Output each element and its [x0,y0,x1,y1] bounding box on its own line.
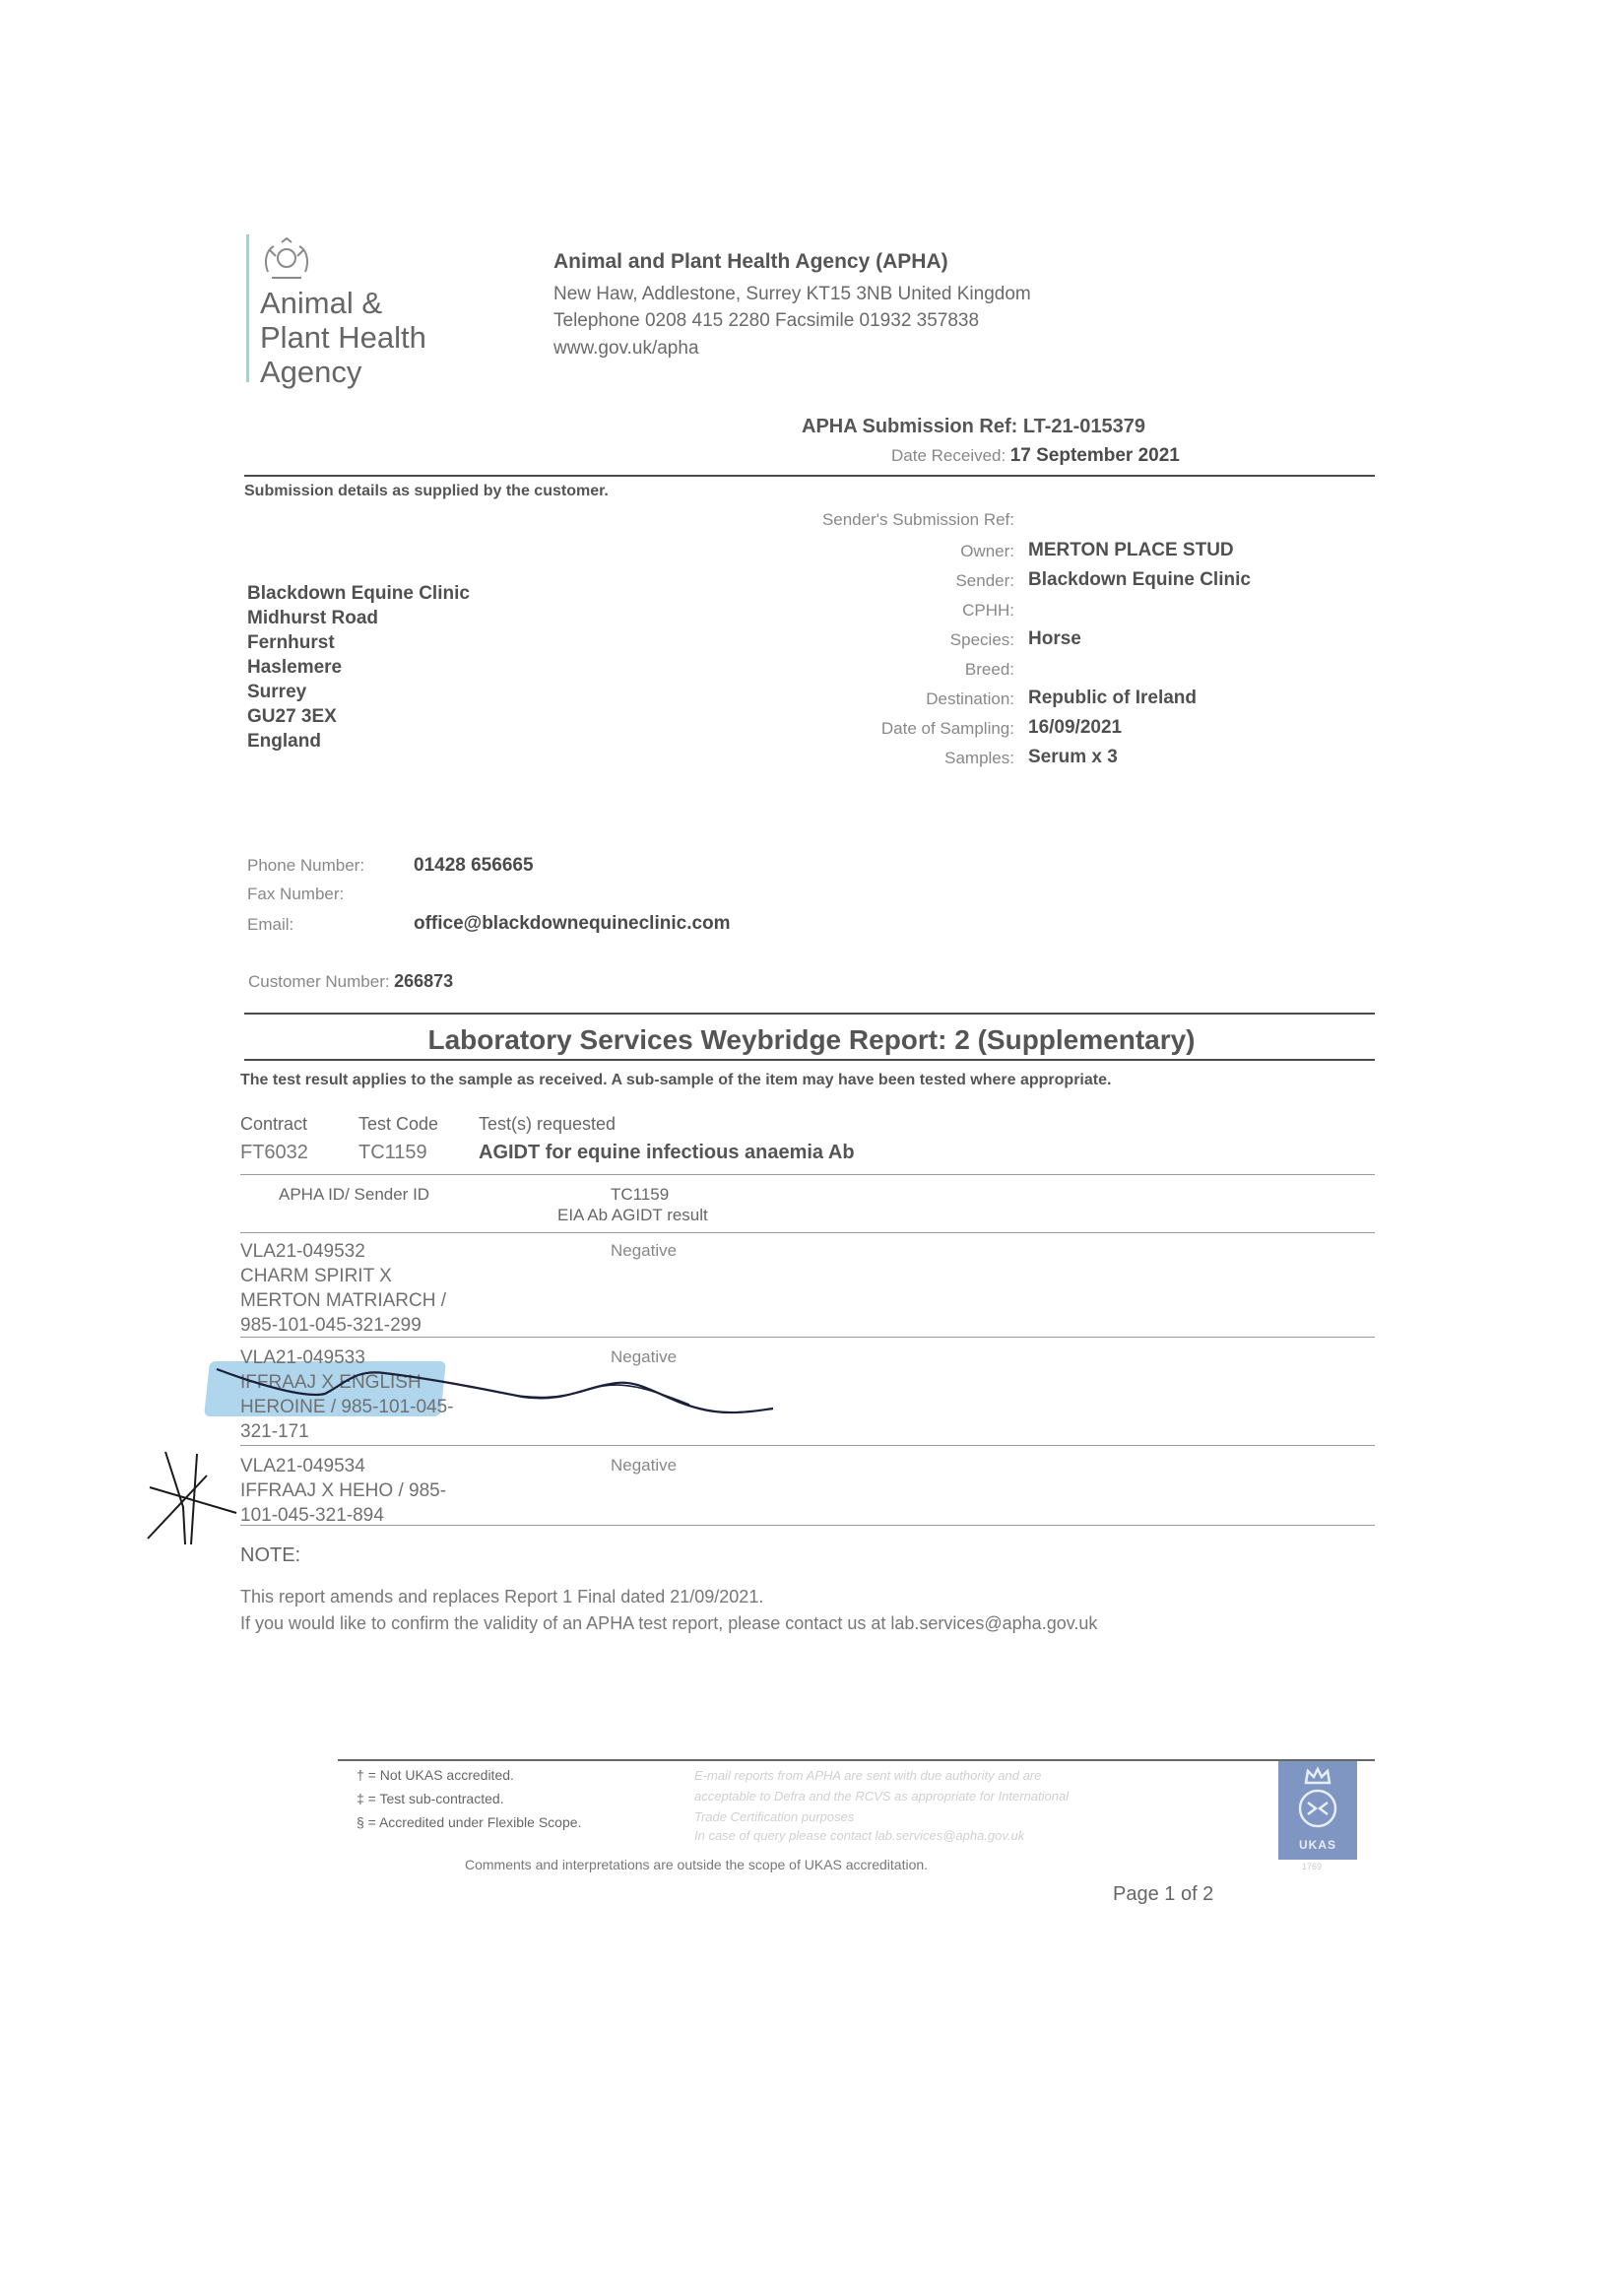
ukas-label: UKAS [1278,1838,1357,1852]
details-caption: Submission details as supplied by the cu… [244,483,609,500]
result-row-1-id: VLA21-049532 CHARM SPIRIT X MERTON MATRI… [240,1239,446,1338]
results-col-header-id: APHA ID/ Sender ID [279,1185,429,1205]
field-label-owner: Owner: [788,542,1014,561]
ukas-number: 1769 [1302,1862,1322,1871]
fax-label: Fax Number: [247,885,344,904]
divider [244,475,1375,477]
date-received-value: 17 September 2021 [1010,445,1180,466]
phone-label: Phone Number: [247,856,364,876]
col-header-test-code: Test Code [358,1114,438,1135]
handwritten-asterisk-mark [138,1448,246,1546]
agency-website[interactable]: www.gov.uk/apha [553,338,699,360]
field-label-samples: Samples: [788,749,1014,768]
customer-number-label: Customer Number: [248,972,390,991]
col-header-tests-requested: Test(s) requested [479,1114,616,1135]
footer-symbol-legend: † = Not UKAS accredited. ‡ = Test sub-co… [357,1763,581,1834]
divider [240,1232,1375,1233]
field-label-species: Species: [788,630,1014,650]
divider [244,1059,1375,1061]
field-value-species: Horse [1028,628,1081,650]
contract-value: FT6032 [240,1142,308,1164]
result-row-3-id: VLA21-049534 IFFRAAJ X HEHO / 985- 101-0… [240,1454,446,1528]
date-received-label: Date Received: [891,446,1006,465]
date-received: Date Received: 17 September 2021 [891,445,1180,467]
result-row-1-value: Negative [611,1241,677,1261]
ukas-logo: UKAS [1278,1761,1357,1860]
footer-comments: Comments and interpretations are outside… [465,1857,928,1872]
pen-strikethrough-mark [197,1359,788,1428]
note-line-1: This report amends and replaces Report 1… [240,1587,763,1607]
footer-divider [338,1759,1375,1761]
field-label-breed: Breed: [788,660,1014,680]
results-col-header-code: TC1159 [611,1185,669,1205]
results-col-header-name: EIA Ab AGIDT result [557,1206,708,1225]
divider [244,1013,1375,1015]
test-code-value: TC1159 [358,1142,427,1164]
page-number: Page 1 of 2 [1113,1883,1213,1906]
customer-address: Blackdown Equine Clinic Midhurst Road Fe… [247,581,470,754]
agency-logo-text: Animal & Plant Health Agency [260,286,426,389]
report-disclaimer: The test result applies to the sample as… [240,1072,1111,1089]
test-requested-value: AGIDT for equine infectious anaemia Ab [479,1142,855,1164]
email-value[interactable]: office@blackdownequineclinic.com [414,913,731,935]
field-value-destination: Republic of Ireland [1028,688,1197,709]
field-label-senders-ref: Sender's Submission Ref: [748,510,1014,530]
email-label: Email: [247,915,293,935]
result-row-3-value: Negative [611,1456,677,1476]
divider [240,1174,1375,1175]
field-label-date-of-sampling: Date of Sampling: [788,719,1014,739]
customer-number: Customer Number: 266873 [248,971,453,992]
field-label-cphh: CPHH: [788,601,1014,621]
divider [240,1337,1375,1338]
note-heading: NOTE: [240,1544,300,1567]
note-line-2: If you would like to confirm the validit… [240,1613,1097,1634]
field-value-owner: MERTON PLACE STUD [1028,540,1234,561]
submission-ref-label: APHA Submission Ref: [802,416,1017,437]
field-value-date-of-sampling: 16/09/2021 [1028,717,1122,739]
col-header-contract: Contract [240,1114,307,1135]
divider [240,1525,1375,1526]
field-label-sender: Sender: [788,571,1014,591]
logo-accent-bar [246,234,249,382]
report-title: Laboratory Services Weybridge Report: 2 … [0,1024,1623,1056]
phone-value: 01428 656665 [414,855,534,877]
footer-query-notice: In case of query please contact lab.serv… [694,1825,1024,1846]
footer-email-notice: E-mail reports from APHA are sent with d… [694,1765,1069,1827]
customer-number-value: 266873 [394,971,453,991]
agency-address: New Haw, Addlestone, Surrey KT15 3NB Uni… [553,284,1031,305]
field-value-samples: Serum x 3 [1028,747,1118,768]
ukas-crown-icon [1278,1761,1357,1840]
submission-ref-value: LT-21-015379 [1023,416,1145,437]
field-value-sender: Blackdown Equine Clinic [1028,569,1251,591]
agency-title: Animal and Plant Health Agency (APHA) [553,250,948,274]
royal-crest-icon [258,236,315,282]
submission-ref: APHA Submission Ref: LT-21-015379 [802,416,1145,438]
divider [240,1445,1375,1446]
field-label-destination: Destination: [788,689,1014,709]
agency-contact: Telephone 0208 415 2280 Facsimile 01932 … [553,310,979,332]
